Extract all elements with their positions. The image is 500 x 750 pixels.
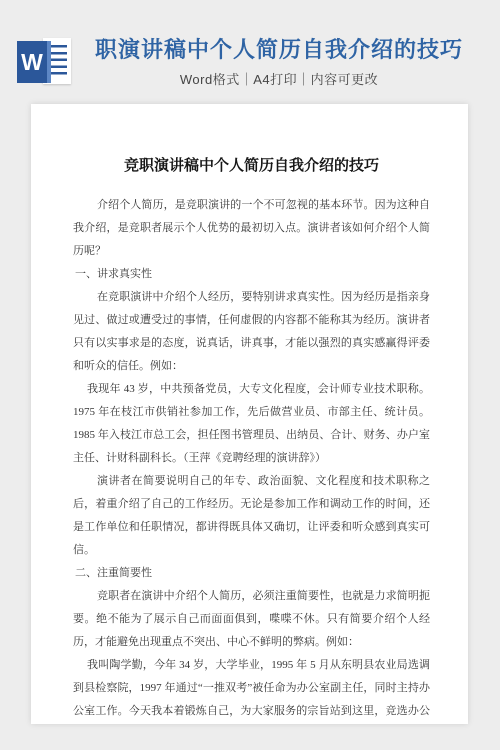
document-paragraph: 我叫陶学勤，今年 34 岁，大学毕业，1995 年 5 月从东明县农业局选调到县… [73,654,430,724]
page-canvas: W 职演讲稿中个人简历自我介绍的技巧 Word格式｜A4打印｜内容可更改 竞职演… [0,0,500,750]
word-icon-text-lines [49,45,67,77]
document-title: 竞职演讲稿中个人简历自我介绍的技巧 [73,154,430,178]
page-subtitle: Word格式｜A4打印｜内容可更改 [180,72,378,88]
document-paragraph: 竞职者在演讲中介绍个人简历，必须注重简要性，也就是力求简明扼要。绝不能为了展示自… [73,585,430,654]
document-paragraph: 我现年 43 岁，中共预备党员，大专文化程度，会计师专业技术职称。1975 年在… [73,378,430,470]
page-title: 职演讲稿中个人简历自我介绍的技巧 [95,36,463,64]
document-section-heading: 一、讲求真实性 [73,263,430,286]
header: W 职演讲稿中个人简历自我介绍的技巧 Word格式｜A4打印｜内容可更改 [0,0,500,88]
document-paragraph: 介绍个人简历，是竞职演讲的一个不可忽视的基本环节。因为这种自我介绍，是竞职者展示… [73,194,430,263]
document-paragraph: 在竞职演讲中介绍个人经历，要特别讲求真实性。因为经历是指亲身见过、做过或遭受过的… [73,286,430,378]
document-section-heading: 二、注重简要性 [73,562,430,585]
header-text: 职演讲稿中个人简历自我介绍的技巧 Word格式｜A4打印｜内容可更改 [95,36,463,88]
document-paragraph: 演讲者在简要说明自己的年专、政治面貌、文化程度和技术职称之后，着重介绍了自己的工… [73,470,430,562]
word-icon: W [17,36,73,88]
document-page-preview: 竞职演讲稿中个人简历自我介绍的技巧 介绍个人简历，是竞职演讲的一个不可忽视的基本… [31,104,468,724]
word-icon-w-square: W [17,41,51,83]
